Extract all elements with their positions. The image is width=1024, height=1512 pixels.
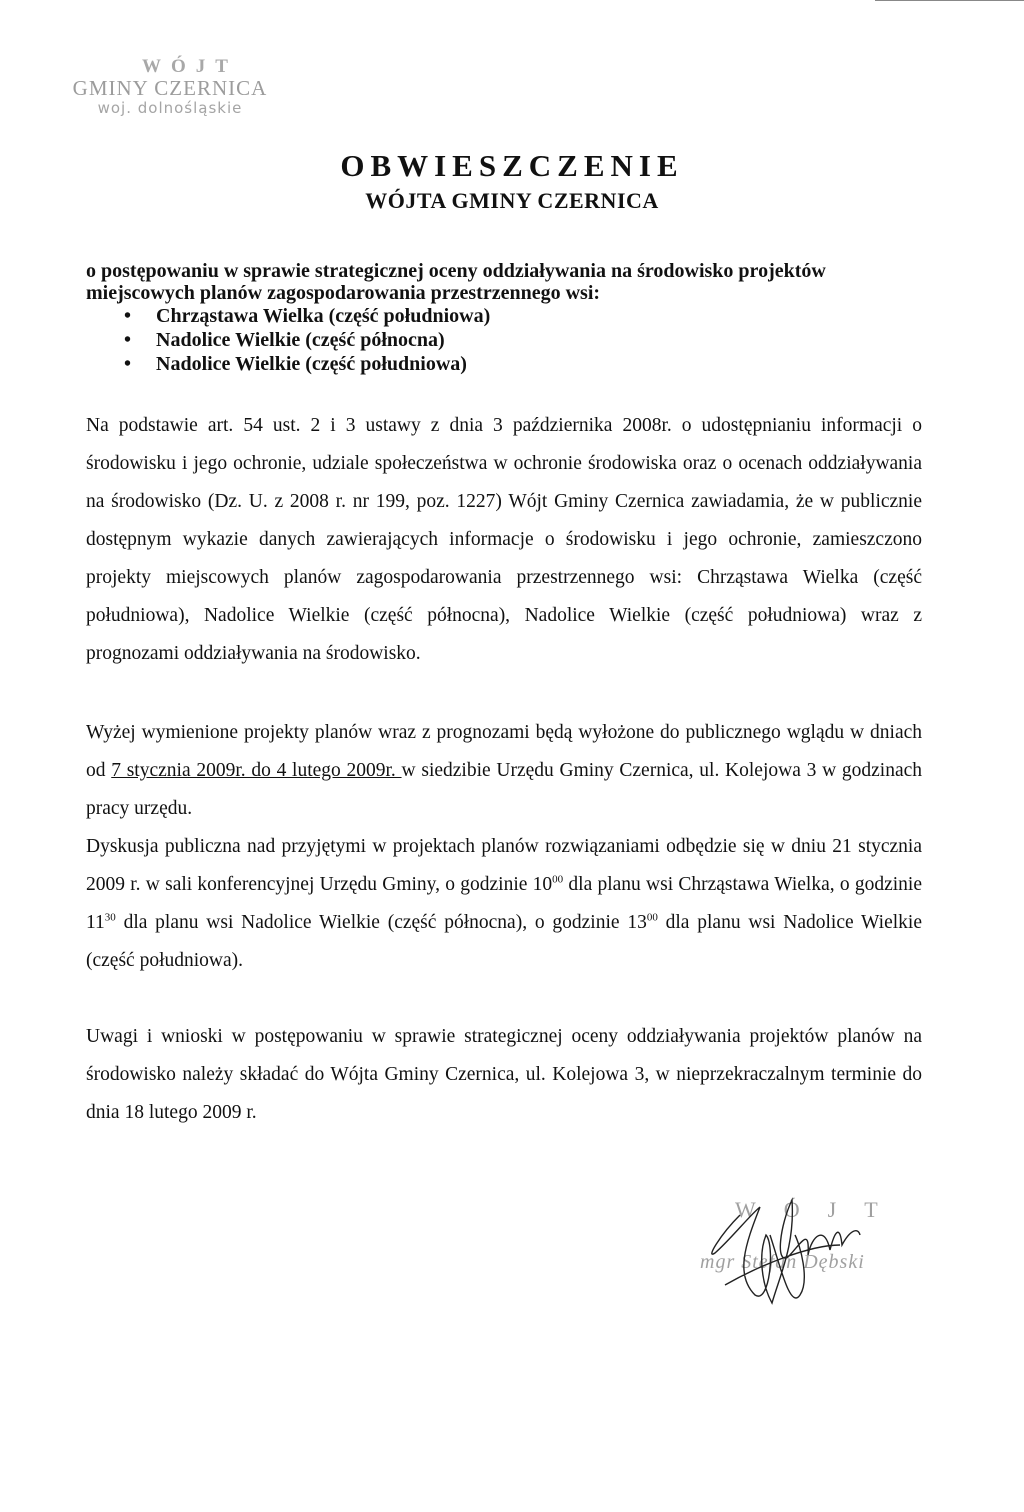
bullet-icon: • (124, 304, 131, 328)
paragraph-exhibition: Wyżej wymienione projekty planów wraz z … (86, 714, 922, 828)
time-minutes-2: 30 (105, 912, 116, 924)
list-item: •Chrząstawa Wielka (część południowa) (86, 304, 926, 328)
official-stamp: WÓJT GMINY CZERNICA woj. dolnośląskie (40, 56, 300, 117)
time-minutes-3: 00 (647, 912, 658, 924)
bullet-icon: • (124, 328, 131, 352)
bullet-icon: • (124, 352, 131, 376)
village-list: •Chrząstawa Wielka (część południowa) •N… (86, 304, 926, 376)
scan-edge-line (875, 0, 1024, 1)
list-item: •Nadolice Wielkie (część południowa) (86, 352, 926, 376)
handwritten-signature-icon (700, 1185, 910, 1315)
stamp-line-3: woj. dolnośląskie (40, 99, 300, 117)
list-item-text: Nadolice Wielkie (część południowa) (156, 353, 467, 375)
list-item-text: Nadolice Wielkie (część północna) (156, 329, 445, 351)
document-subtitle: WÓJTA GMINY CZERNICA (0, 188, 1024, 214)
list-item: •Nadolice Wielkie (część północna) (86, 328, 926, 352)
document-title: OBWIESZCZENIE (0, 148, 1024, 184)
paragraph-public-discussion: Dyskusja publiczna nad przyjętymi w proj… (86, 828, 922, 980)
stamp-line-1: WÓJT (80, 56, 300, 78)
list-item-text: Chrząstawa Wielka (część południowa) (156, 305, 490, 327)
paragraph-comments-deadline: Uwagi i wnioski w postępowaniu w sprawie… (86, 1018, 922, 1132)
paragraph-legal-basis: Na podstawie art. 54 ust. 2 i 3 ustawy z… (86, 407, 922, 673)
time-minutes-1: 00 (552, 874, 563, 886)
exhibition-dates: 7 stycznia 2009r. do 4 lutego 2009r. (111, 760, 401, 781)
discussion-text-c: dla planu wsi Nadolice Wielkie (część pó… (116, 912, 647, 933)
signature-block: WÓJT mgr Stefan Dębski (700, 1185, 910, 1315)
subject-intro: o postępowaniu w sprawie strategicznej o… (86, 260, 926, 304)
subject-block: o postępowaniu w sprawie strategicznej o… (86, 260, 926, 376)
stamp-line-2: GMINY CZERNICA (40, 76, 300, 101)
